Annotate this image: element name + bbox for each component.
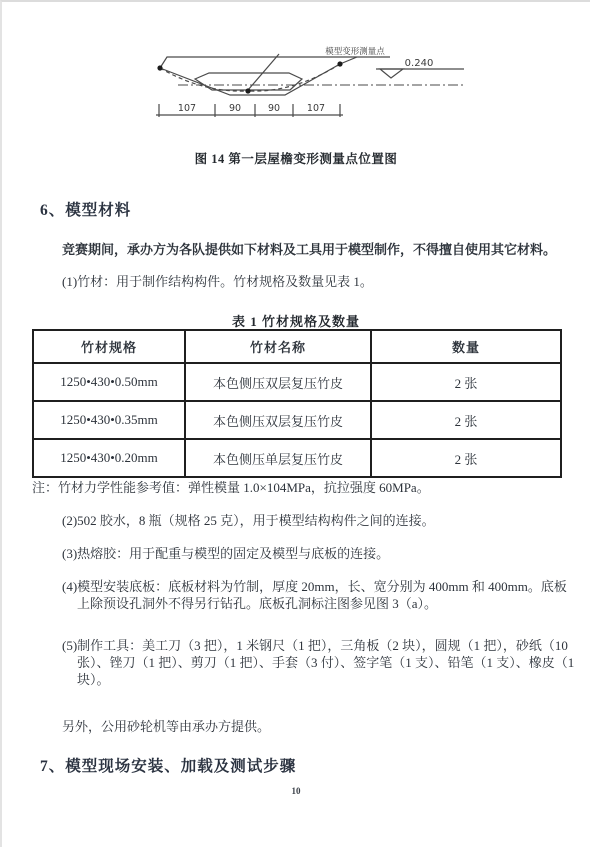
intro-paragraph: 竞赛期间，承办方为各队提供如下材料及工具用于模型制作，不得擅自使用其它材料。 <box>62 241 567 258</box>
cell-name: 本色侧压双层复压竹皮 <box>185 401 371 439</box>
measure-dot-center <box>245 88 250 93</box>
cell-spec: 1250•430•0.50mm <box>33 363 185 401</box>
list-item-4: (4)模型安装底板：底板材料为竹制，厚度 20mm，长、宽分别为 400mm 和… <box>62 578 579 612</box>
section-7-heading: 7、模型现场安装、加载及测试步骤 <box>40 754 296 776</box>
col-header-name: 竹材名称 <box>185 330 371 363</box>
table-row: 1250•430•0.50mm 本色侧压双层复压竹皮 2 张 <box>33 363 561 401</box>
measure-dot-right <box>337 61 342 66</box>
cell-quantity: 2 张 <box>371 401 561 439</box>
bamboo-spec-table: 竹材规格 竹材名称 数量 1250•430•0.50mm 本色侧压双层复压竹皮 … <box>32 329 562 478</box>
table-row: 1250•430•0.35mm 本色侧压双层复压竹皮 2 张 <box>33 401 561 439</box>
dim-label-1: 107 <box>178 103 196 114</box>
cell-spec: 1250•430•0.20mm <box>33 439 185 477</box>
section-6-heading: 6、模型材料 <box>40 198 131 220</box>
page-number: 10 <box>2 786 590 796</box>
cell-name: 本色侧压双层复压竹皮 <box>185 363 371 401</box>
elevation-value: 0.240 <box>405 58 434 69</box>
cell-name: 本色侧压单层复压竹皮 <box>185 439 371 477</box>
measure-dot-left <box>157 65 162 70</box>
elevation-triangle-icon <box>380 69 403 78</box>
dimension-labels: 107 90 90 107 <box>178 103 325 114</box>
col-header-spec: 竹材规格 <box>33 330 185 363</box>
table-row: 1250•430•0.20mm 本色侧压单层复压竹皮 2 张 <box>33 439 561 477</box>
dim-label-4: 107 <box>307 103 325 114</box>
additional-note: 另外，公用砂轮机等由承办方提供。 <box>62 718 270 735</box>
table-title: 表 1 竹材规格及数量 <box>2 311 590 330</box>
list-item-3: (3)热熔胶：用于配重与模型的固定及模型与底板的连接。 <box>62 545 389 562</box>
col-header-quantity: 数量 <box>371 330 561 363</box>
elevation-marker <box>376 69 464 78</box>
document-page: 0.240 模型变形测量点 107 90 90 107 图 14 第一层屋檐变形… <box>0 0 590 847</box>
dim-label-3: 90 <box>268 103 280 114</box>
figure-14-diagram: 0.240 模型变形测量点 107 90 90 107 <box>148 30 468 148</box>
list-item-2: (2)502 胶水，8 瓶（规格 25 克），用于模型结构构件之间的连接。 <box>62 512 435 529</box>
cell-spec: 1250•430•0.35mm <box>33 401 185 439</box>
table-note: 注：竹材力学性能参考值：弹性模量 1.0×104MPa，抗拉强度 60MPa。 <box>32 479 562 496</box>
list-item-1: (1)竹材：用于制作结构构件。竹材规格及数量见表 1。 <box>62 273 373 290</box>
measure-point-label: 模型变形测量点 <box>325 46 385 56</box>
table-header-row: 竹材规格 竹材名称 数量 <box>33 330 561 363</box>
figure-caption: 图 14 第一层屋檐变形测量点位置图 <box>2 149 590 167</box>
cell-quantity: 2 张 <box>371 439 561 477</box>
cell-quantity: 2 张 <box>371 363 561 401</box>
list-item-5: (5)制作工具：美工刀（3 把），1 米钢尺（1 把），三角板（2 块），圆规（… <box>62 637 579 688</box>
dim-label-2: 90 <box>229 103 241 114</box>
